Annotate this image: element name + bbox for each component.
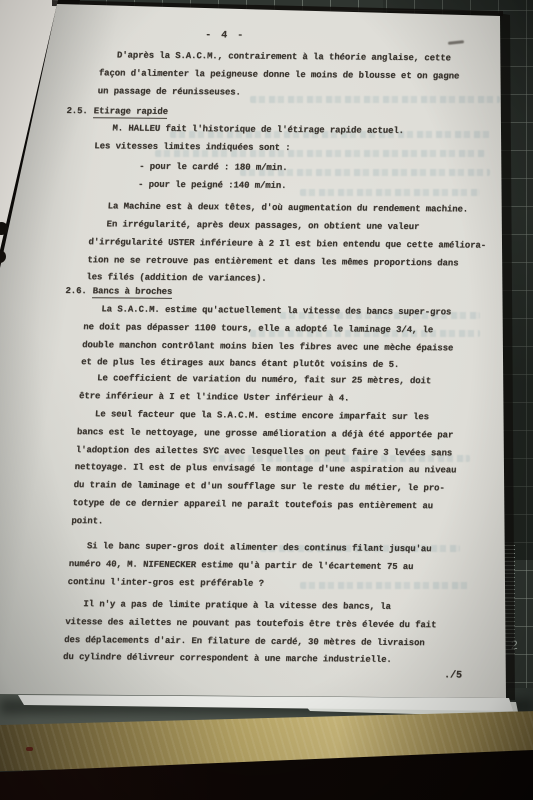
paragraph-limite: Il n'y a pas de limite pratique à la vit…	[62, 596, 486, 671]
typewritten-text: - 4 - D'après la S.A.C.M., contrairement…	[28, 20, 515, 714]
paragraph-nettoyage: Le seul facteur que la S.A.C.M. estime e…	[71, 406, 499, 534]
section-number: 2.6.	[65, 286, 87, 296]
section-title: Bancs à broches	[92, 286, 172, 299]
photo-of-typewritten-page: 2 - 4 - D'après la S.A.C.M., contraireme…	[0, 0, 533, 800]
paragraph-irregularite: En irrégularité, après deux passages, on…	[86, 216, 510, 291]
page-number: - 4 -	[205, 27, 286, 45]
section-title: Etirage rapide	[93, 106, 168, 119]
paragraph-halleu: M. HALLEU fait l'historique de l'étirage…	[94, 120, 516, 159]
section-number: 2.5.	[66, 106, 88, 116]
paragraph-super-gros: Si le banc super-gros doit alimenter des…	[67, 538, 490, 595]
next-page-mark: ./5	[444, 667, 485, 685]
speed-limits-list: - pour le cardé : 180 m/min. - pour le p…	[137, 159, 533, 198]
paragraph-coefficient: Le coefficient de variation du numéro, f…	[78, 370, 500, 409]
paragraph-sacm-bancs: La S.A.C.M. estime qu'actuellement la vi…	[80, 301, 504, 376]
paragraph-intro: D'après la S.A.C.M., contrairement à la …	[97, 47, 520, 104]
red-speck	[26, 747, 33, 751]
